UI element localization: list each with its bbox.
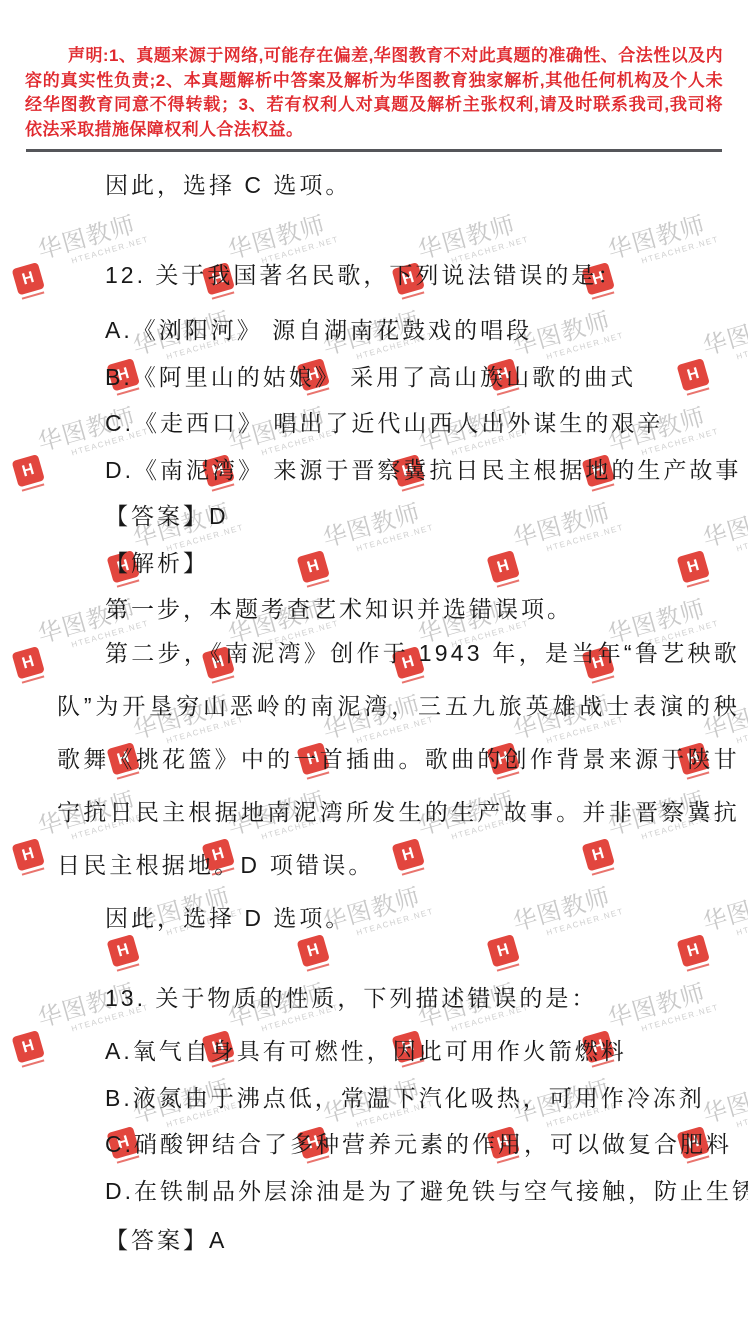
question-12-analysis-label: 【解析】 bbox=[57, 550, 740, 576]
question-12-option-a: A.《浏阳河》 源自湖南花鼓戏的唱段 bbox=[57, 317, 740, 343]
disclaimer-text: 1、真题来源于网络,可能存在偏差,华图教育不对此真题的准确性、合法性以及内 bbox=[109, 46, 723, 65]
question-12-conclusion: 因此，选择 D 选项。 bbox=[57, 905, 740, 931]
disclaimer-line: 声明:1、真题来源于网络,可能存在偏差,华图教育不对此真题的准确性、合法性以及内 bbox=[25, 44, 723, 69]
question-12-option-c: C.《走西口》 唱出了近代山西人出外谋生的艰辛 bbox=[57, 410, 740, 436]
header-divider bbox=[26, 149, 722, 152]
question-13-option-d: D.在铁制品外层涂油是为了避免铁与空气接触，防止生锈 bbox=[57, 1178, 740, 1204]
question-13-option-c: C.硝酸钾结合了多种营养元素的作用，可以做复合肥料 bbox=[57, 1131, 740, 1157]
question-12-analysis-step1: 第一步，本题考查艺术知识并选错误项。 bbox=[57, 596, 740, 622]
disclaimer-label: 声明: bbox=[68, 46, 109, 65]
disclaimer-line: 经华图教育同意不得转载；3、若有权利人对真题及解析主张权利,请及时联系我司,我司… bbox=[25, 93, 723, 118]
document-body: 因此，选择 C 选项。 12. 关于我国著名民歌，下列说法错误的是： A.《浏阳… bbox=[0, 172, 748, 1253]
question-12-answer: 【答案】D bbox=[57, 503, 740, 529]
question-12-title: 12. 关于我国著名民歌，下列说法错误的是： bbox=[57, 262, 740, 288]
disclaimer-line: 依法采取措施保障权利人合法权益。 bbox=[25, 118, 723, 143]
question-13-answer: 【答案】A bbox=[57, 1227, 740, 1253]
question-12-option-b: B.《阿里山的姑娘》 采用了高山族山歌的曲式 bbox=[57, 364, 740, 390]
exam-analysis-page: 声明:1、真题来源于网络,可能存在偏差,华图教育不对此真题的准确性、合法性以及内… bbox=[0, 0, 748, 1253]
question-12-analysis-step2: 第二步，《南泥湾》创作于 1943 年，是当年“鲁艺秧歌队”为开垦穷山恶岭的南泥… bbox=[57, 627, 740, 892]
question-13-title: 13. 关于物质的性质，下列描述错误的是： bbox=[57, 985, 740, 1011]
question-13-option-b: B.液氮由于沸点低，常温下汽化吸热，可用作冷冻剂 bbox=[57, 1085, 740, 1111]
question-12-option-d: D.《南泥湾》 来源于晋察冀抗日民主根据地的生产故事 bbox=[57, 457, 740, 483]
disclaimer: 声明:1、真题来源于网络,可能存在偏差,华图教育不对此真题的准确性、合法性以及内… bbox=[0, 0, 748, 142]
question-13-option-a: A.氧气自身具有可燃性，因此可用作火箭燃料 bbox=[57, 1038, 740, 1064]
disclaimer-line: 容的真实性负责;2、本真题解析中答案及解析为华图教育独家解析,其他任何机构及个人… bbox=[25, 69, 723, 94]
question-11-conclusion: 因此，选择 C 选项。 bbox=[57, 172, 740, 198]
